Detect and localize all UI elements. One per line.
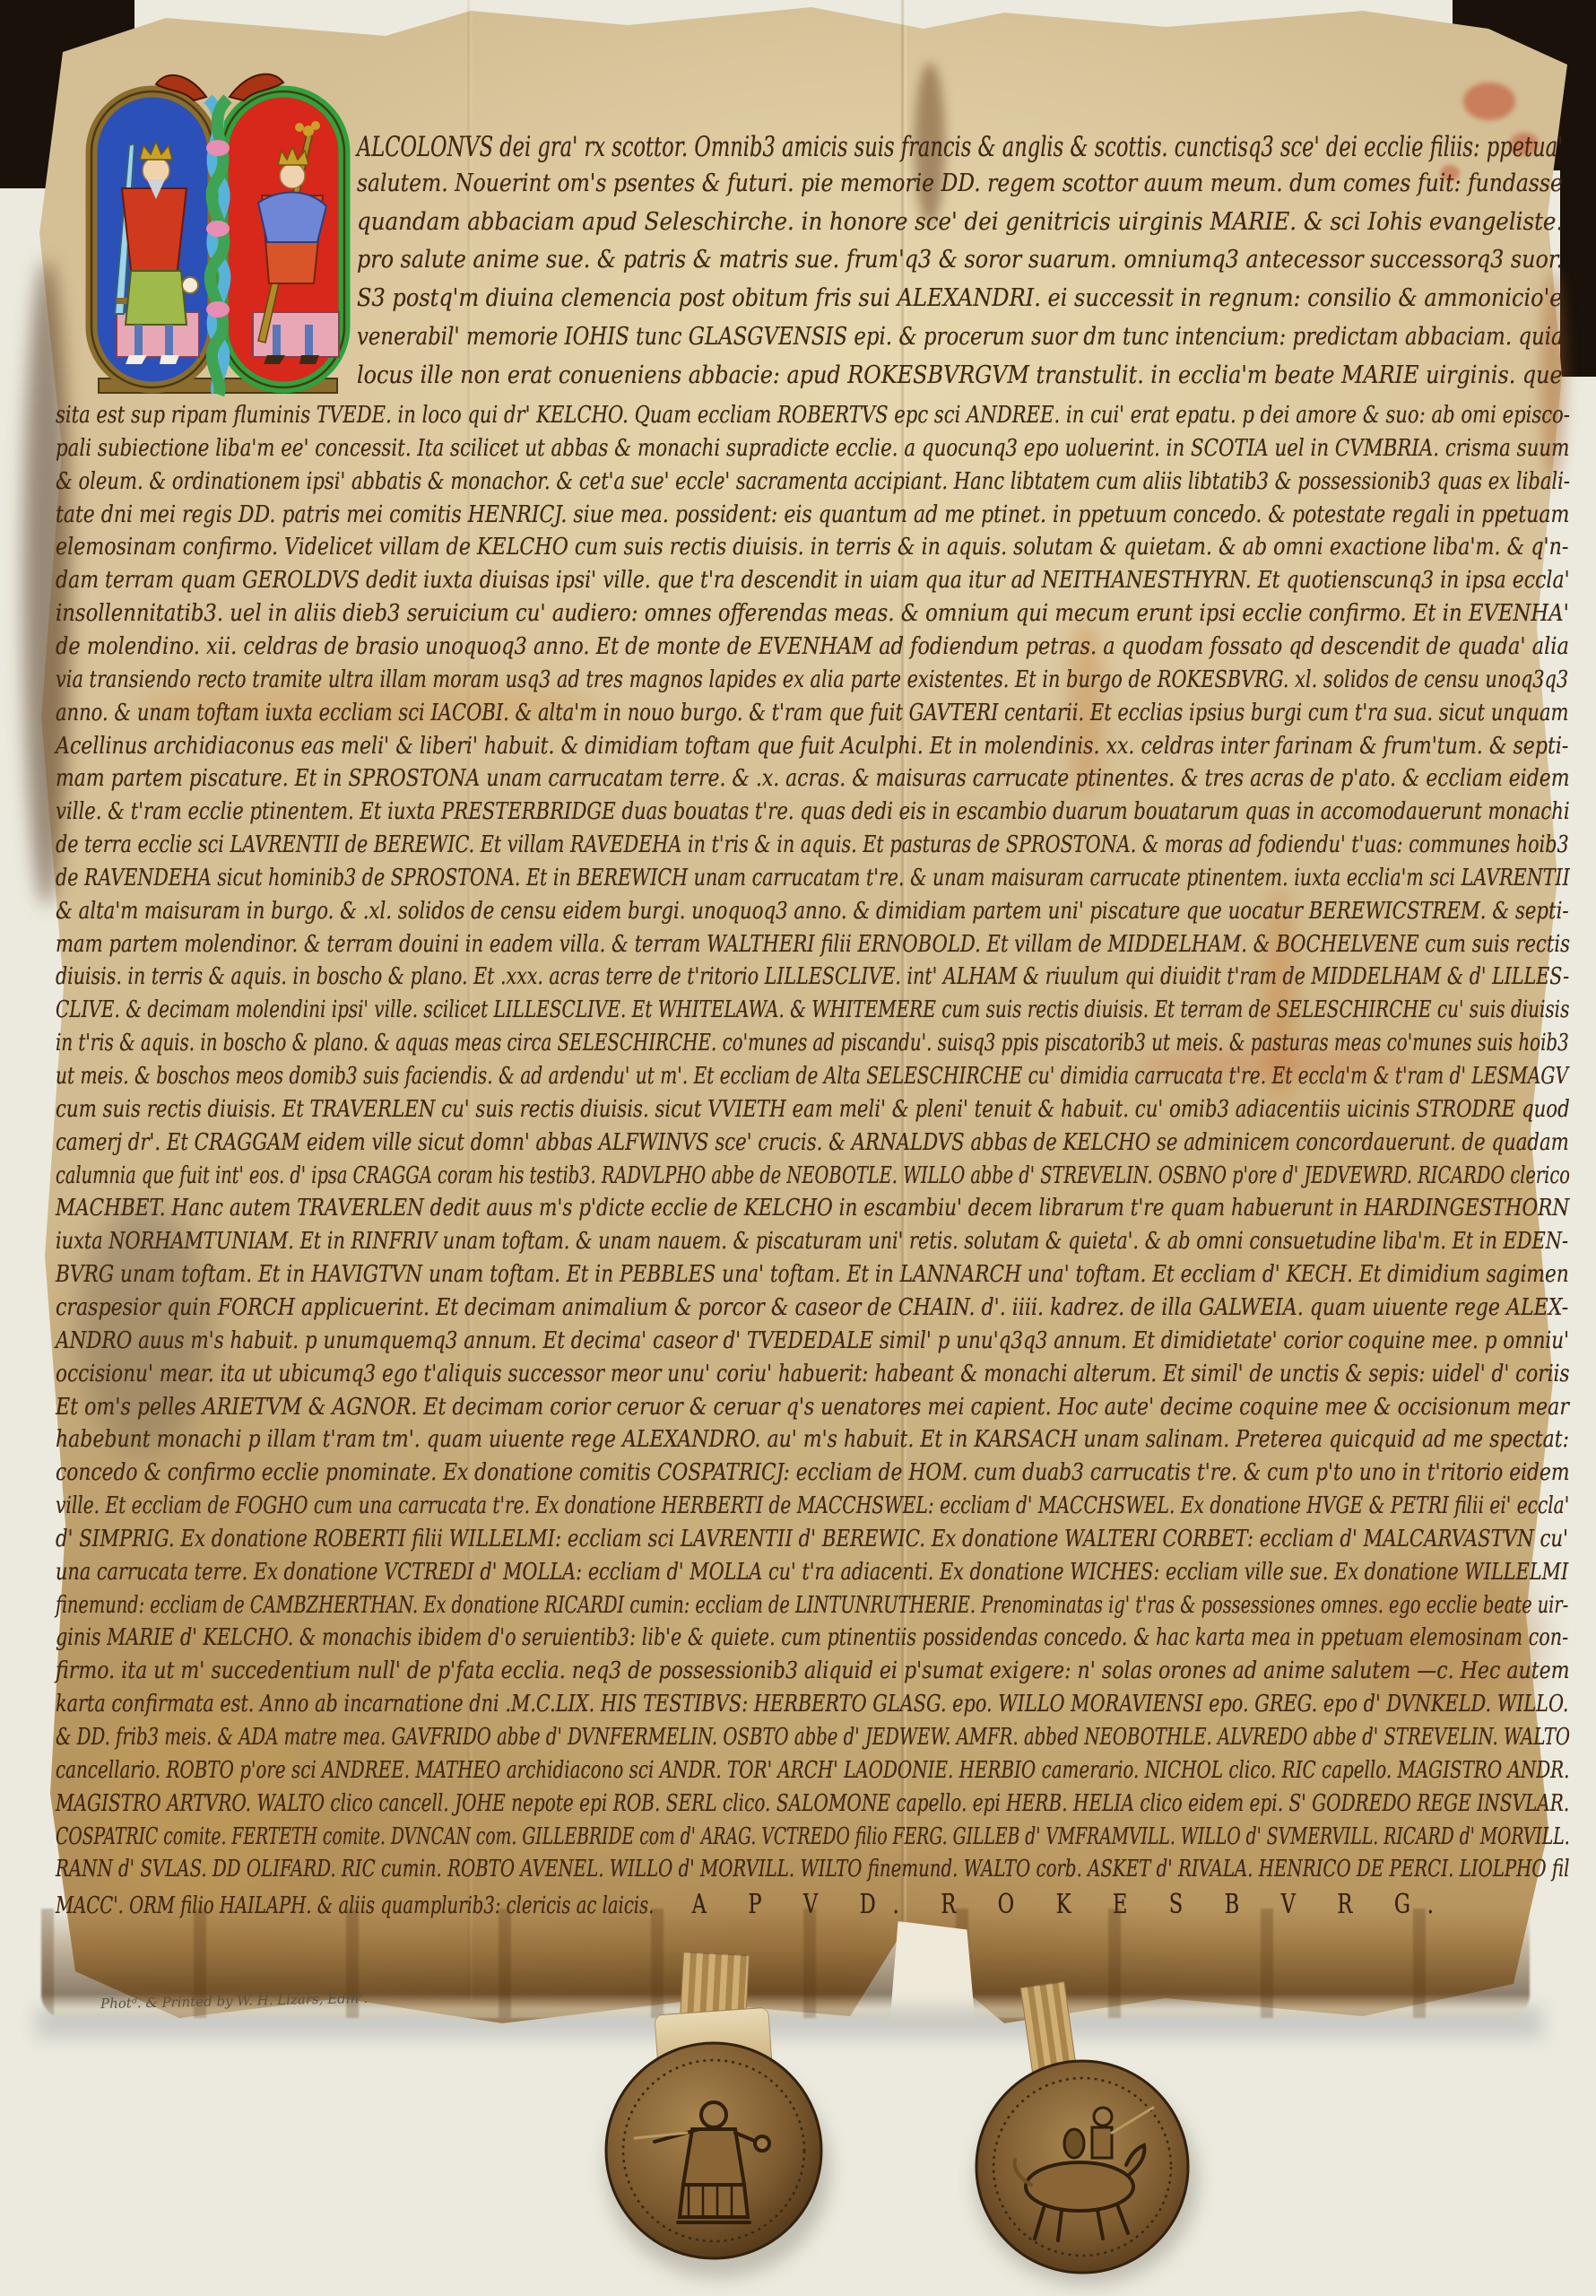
charter-line: quandam abbaciam apud Seleschirche. in h…: [357, 208, 1563, 236]
charter-line: pro salute anime sue. & patris & matris …: [357, 246, 1563, 274]
charter-line: una carrucata terre. Ex donatione VCTRED…: [56, 1559, 1568, 1586]
charter-line: ALCOLONVS dei gra' rx scottor. Omnib3 am…: [357, 131, 1563, 163]
charter-line: iuxta NORHAMTUNIAM. Et in RINFRIV unam t…: [56, 1228, 1568, 1255]
facsimile-plate: ALCOLONVS dei gra' rx scottor. Omnib3 am…: [0, 0, 1596, 2296]
charter-line: & oleum. & ordinationem ipsi' abbatis & …: [56, 468, 1570, 495]
charter-line: d' SIMPRIG. Ex donatione ROBERTI filii W…: [56, 1526, 1568, 1552]
charter-line: elemosinam confirmo. Videlicet villam de…: [56, 534, 1568, 561]
charter-line: concedo & confirmo ecclie pnominate. Ex …: [56, 1459, 1570, 1486]
charter-line: CLIVE. & decimam molendini ipsi' ville. …: [56, 996, 1569, 1023]
charter-line: sita est sup ripam fluminis TVEDE. in lo…: [56, 402, 1570, 429]
charter-line: craspesior quin FORCH applicuerint. Et d…: [56, 1294, 1568, 1321]
charter-line: finemund: eccliam de CAMBZHERTHAN. Ex do…: [56, 1592, 1568, 1619]
charter-line: occisionu' mear. ita ut ubicumq3 ego t'a…: [56, 1361, 1569, 1387]
charter-line: dam terram quam GEROLDVS dedit iuxta diu…: [56, 567, 1570, 594]
charter-line: habebunt monachi p illam t'ram tm'. quam…: [56, 1426, 1569, 1453]
charter-line: RANN d' SVLAS. DD OLIFARD. RIC cumin. RO…: [56, 1856, 1569, 1883]
charter-line: Et om's pelles ARIETVM & AGNOR. Et decim…: [56, 1394, 1569, 1421]
charter-line: & alta'm maisuram in burgo. & .xl. solid…: [56, 898, 1569, 925]
charter-line: insollennitatib3. uel in aliis dieb3 ser…: [56, 600, 1569, 627]
charter-line: camerj dr'. Et CRAGGAM eidem ville sicut…: [56, 1129, 1569, 1156]
backing-edge-right: [1560, 0, 1596, 377]
great-seal-obverse: [599, 2032, 828, 2273]
charter-line: in t'ris & aquis. in boscho & plano. & a…: [56, 1030, 1569, 1057]
charter-line: & DD. frib3 meis. & ADA matre mea. GAVFR…: [56, 1724, 1570, 1751]
charter-line: ginis MARIE d' KELCHO. & monachis ibidem…: [56, 1624, 1568, 1651]
charter-line: venerabil' memorie IOHIS tunc GLASGVENSI…: [357, 323, 1564, 351]
charter-line: ville. & t'ram ecclie ptinentem. Et iuxt…: [56, 798, 1570, 825]
charter-line: diuisis. in terris & aquis. in boscho & …: [56, 963, 1569, 990]
charter-line: ANDRO auus m's habuit. p unumquemq3 annu…: [56, 1327, 1569, 1354]
charter-line: karta confirmata est. Anno ab incarnatio…: [56, 1691, 1568, 1718]
charter-line: anno. & unam toftam iuxta eccliam sci IA…: [56, 700, 1569, 726]
charter-line: calumnia que fuit int' eos. d' ipsa CRAG…: [56, 1162, 1570, 1189]
charter-line: cum suis rectis diuisis. Et TRAVERLEN cu…: [56, 1096, 1570, 1123]
charter-line: via transiendo recto tramite ultra illam…: [56, 666, 1568, 693]
charter-line: pali subiectione liba'm ee' concessit. I…: [56, 435, 1569, 462]
charter-line: BVRG unam toftam. Et in HAVIGTVN unam to…: [56, 1261, 1569, 1288]
charter-line: Acellinus archidiaconus eas meli' & libe…: [56, 733, 1568, 760]
charter-line: de terra ecclie sci LAVRENTII de BEREWIC…: [56, 831, 1569, 858]
charter-line: tate dni mei regis DD. patris mei comiti…: [56, 501, 1569, 528]
charter-line: ville. Et eccliam de FOGHO cum una carru…: [56, 1492, 1569, 1519]
charter-line: MAGISTRO ARTVRO. WALTO clico cancell. JO…: [56, 1790, 1569, 1817]
charter-line: de molendino. xii. celdras de brasio uno…: [56, 633, 1569, 660]
charter-line: de RAVENDEHA sicut hominib3 de SPROSTONA…: [56, 865, 1570, 891]
orb-icon: [182, 277, 198, 293]
charter-line: locus ille non erat conueniens abbacie: …: [357, 361, 1563, 389]
charter-line: salutem. Nouerint om's psentes & futuri.…: [357, 170, 1563, 197]
great-seal-reverse: [968, 2050, 1196, 2287]
charter-line: mam partem molendinor. & terram douini i…: [56, 931, 1570, 958]
charter-line: MACHBET. Hanc autem TRAVERLEN dedit auus…: [56, 1195, 1569, 1222]
charter-line: cancellario. ROBTO p'ore sci ANDREE. MAT…: [56, 1757, 1569, 1784]
charter-line: firmo. ita ut m' succedentium null' de p…: [56, 1657, 1570, 1684]
charter-line: S3 postq'm diuina clemencia post obitum …: [357, 284, 1563, 312]
charter-line: mam partem piscature. Et in SPROSTONA un…: [56, 765, 1569, 792]
illuminated-initial-M: [82, 45, 353, 402]
charter-line: ut meis. & boschos meos domib3 suis faci…: [56, 1063, 1568, 1090]
charter-line: COSPATRIC comite. FERTETH comite. DVNCAN…: [56, 1823, 1570, 1850]
